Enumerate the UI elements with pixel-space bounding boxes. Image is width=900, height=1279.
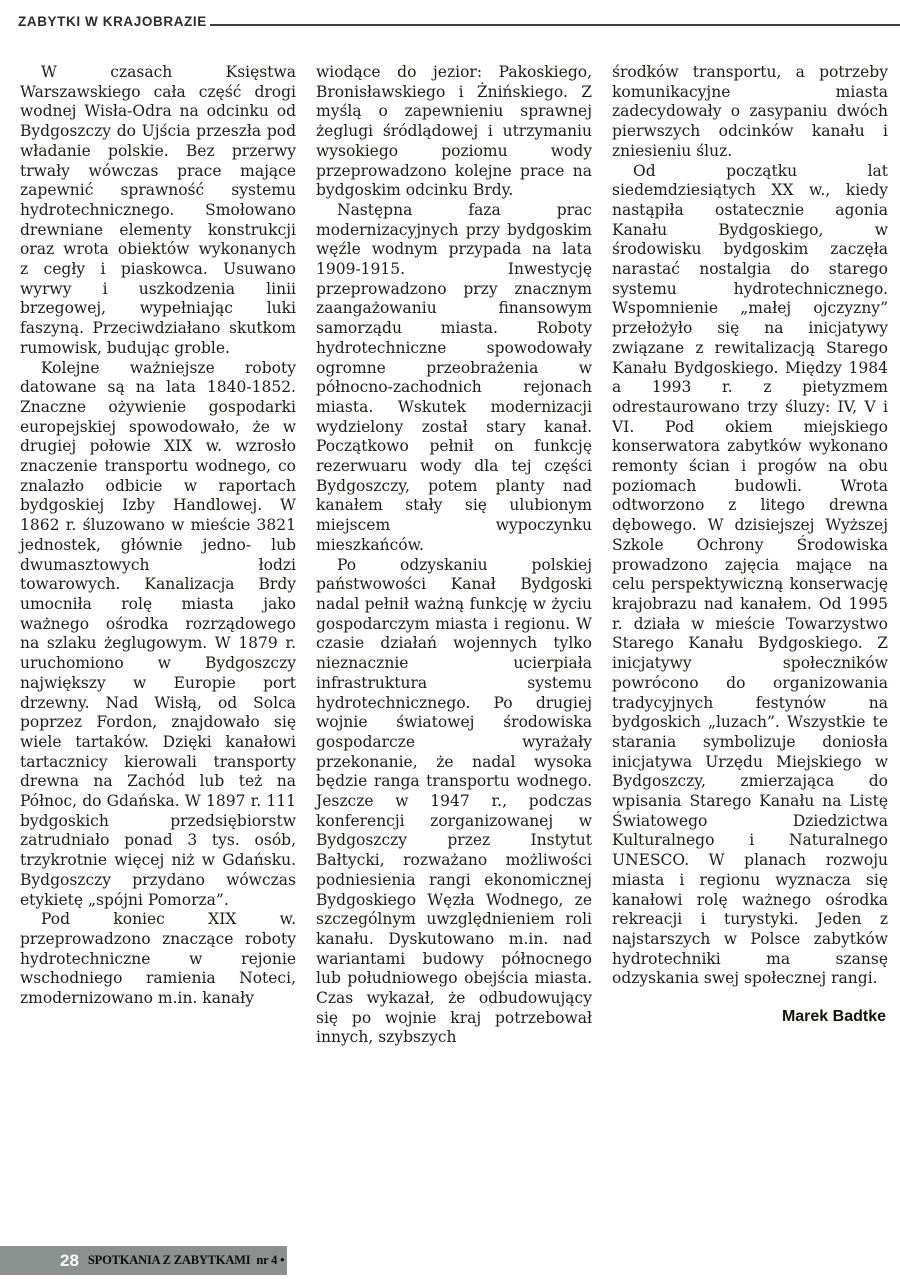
article-body: W czasach Księstwa Warszawskiego cała cz… xyxy=(20,63,888,1048)
article-column-2: wiodące do jezior: Pakoskiego, Bronisław… xyxy=(316,63,592,1048)
paragraph: Od początku lat siedemdziesiątych XX w.,… xyxy=(612,162,888,990)
paragraph: W czasach Księstwa Warszawskiego cała cz… xyxy=(20,63,296,359)
article-column-1: W czasach Księstwa Warszawskiego cała cz… xyxy=(20,63,296,1048)
article-column-3: środków transportu, a potrzeby komunikac… xyxy=(612,63,888,1048)
paragraph: Kolejne ważniejsze roboty datowane są na… xyxy=(20,359,296,911)
author-byline: Marek Badtke xyxy=(612,1007,886,1027)
footer-bar: 28 SPOTKANIA Z ZABYTKAMI nr 4 • 2005 xyxy=(0,1246,287,1275)
paragraph: środków transportu, a potrzeby komunikac… xyxy=(612,63,888,162)
header-rule xyxy=(210,24,900,26)
footer-magazine-name: SPOTKANIA Z ZABYTKAMI xyxy=(88,1253,251,1267)
paragraph: wiodące do jezior: Pakoskiego, Bronisław… xyxy=(316,63,592,201)
footer-issue: nr 4 • 2005 xyxy=(256,1253,287,1267)
footer-page-number: 28 xyxy=(60,1251,79,1271)
section-label: ZABYTKI W KRAJOBRAZIE xyxy=(18,14,207,29)
paragraph: Pod koniec XIX w. przeprowadzono znacząc… xyxy=(20,910,296,1009)
footer-title: SPOTKANIA Z ZABYTKAMI nr 4 • 2005 xyxy=(88,1253,287,1268)
paragraph: Następna faza prac modernizacyjnych przy… xyxy=(316,201,592,556)
section-header: ZABYTKI W KRAJOBRAZIE xyxy=(18,14,900,29)
paragraph: Po odzyskaniu polskiej państwowości Kana… xyxy=(316,556,592,1049)
